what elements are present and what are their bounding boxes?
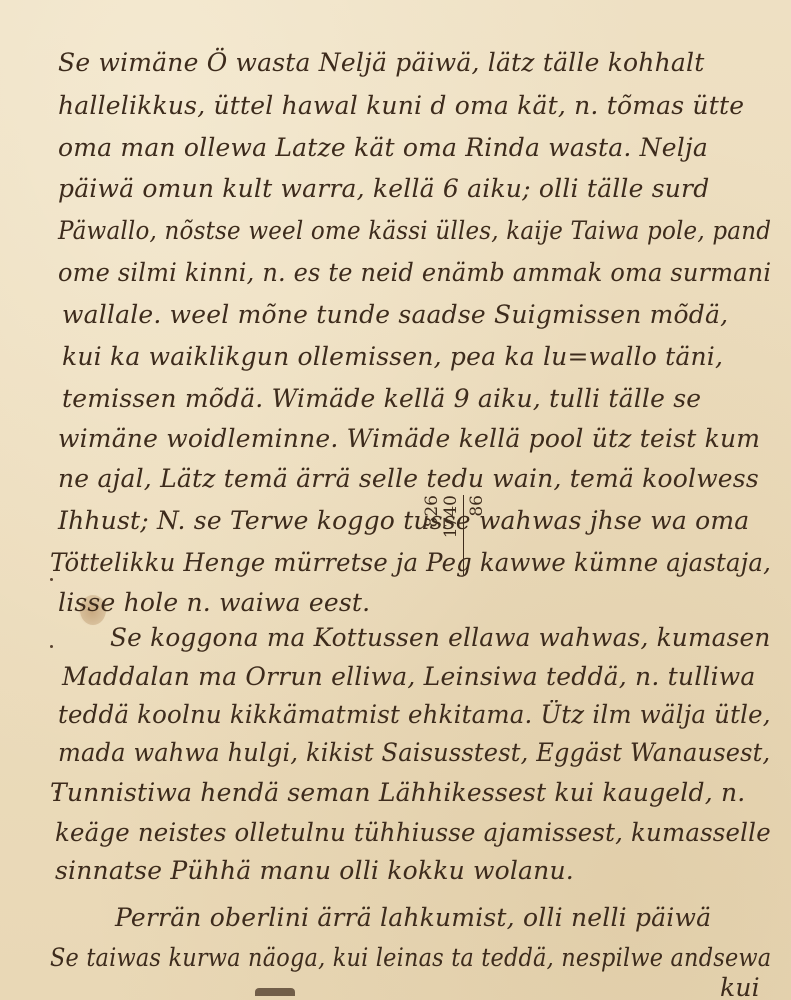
marginal-result: 86 <box>467 495 487 517</box>
text-line: Perrän oberlini ärrä lahkumist, olli nel… <box>115 905 711 930</box>
ink-dot <box>50 645 53 648</box>
text-line: kui ka waiklikgun ollemissen, pea ka lu=… <box>62 344 723 369</box>
text-line: Se taiwas kurwa näoga, kui leinas ta ted… <box>50 945 771 970</box>
text-line: kui <box>720 975 760 1000</box>
text-line: wallale. weel mõne tunde saadse Suigmiss… <box>62 302 728 327</box>
marginal-addend: 1740 <box>442 495 461 575</box>
text-line: mada wahwa hulgi, kikist Saisusstest, Eg… <box>58 740 770 765</box>
text-line: ome silmi kinni, n. es te neid enämb amm… <box>58 260 771 285</box>
text-line: temissen mõdä. Wimäde kellä 9 aiku, tull… <box>62 386 701 411</box>
ink-dot <box>50 578 53 581</box>
text-line: teddä koolnu kikkämatmist ehkitama. Ütz … <box>58 702 771 727</box>
text-line: hallelikkus, üttel hawal kuni d oma kät,… <box>58 93 744 118</box>
ink-blot <box>255 988 295 996</box>
marginal-addend: 826 <box>423 495 442 575</box>
text-line: Maddalan ma Orrun elliwa, Leinsiwa teddä… <box>62 664 756 689</box>
text-line: Päwallo, nõstse weel ome kässi ülles, ka… <box>58 218 771 243</box>
text-line: Ihhust; N. se Terwe koggo tusse wahwas j… <box>58 508 749 533</box>
marginal-arithmetic: 826 1740 86 <box>423 495 493 575</box>
text-line: lisse hole n. waiwa eest. <box>58 590 370 615</box>
text-line: ne ajal, Lätz temä ärrä selle tedu wain,… <box>58 466 759 491</box>
marginal-sum-rule <box>463 495 464 575</box>
text-line: oma man ollewa Latze kät oma Rinda wasta… <box>58 135 708 160</box>
text-line: wimäne woidleminne. Wimäde kellä pool üt… <box>58 426 760 451</box>
manuscript-page: Se wimäne Ö wasta Neljä päiwä, lätz täll… <box>0 0 791 1000</box>
text-line: sinnatse Pühhä manu olli kokku wolanu. <box>55 858 574 883</box>
text-line: Töttelikku Henge mürretse ja Peg kawwe k… <box>50 550 771 575</box>
text-line: päiwä omun kult warra, kellä 6 aiku; oll… <box>58 176 709 201</box>
text-line: Se koggona ma Kottussen ellawa wahwas, k… <box>110 625 771 650</box>
text-line: keäge neistes olletulnu tühhiusse ajamis… <box>55 820 771 845</box>
text-line: Se wimäne Ö wasta Neljä päiwä, lätz täll… <box>58 50 704 75</box>
text-line: Tunnistiwa hendä seman Lähhikessest kui … <box>50 780 745 805</box>
